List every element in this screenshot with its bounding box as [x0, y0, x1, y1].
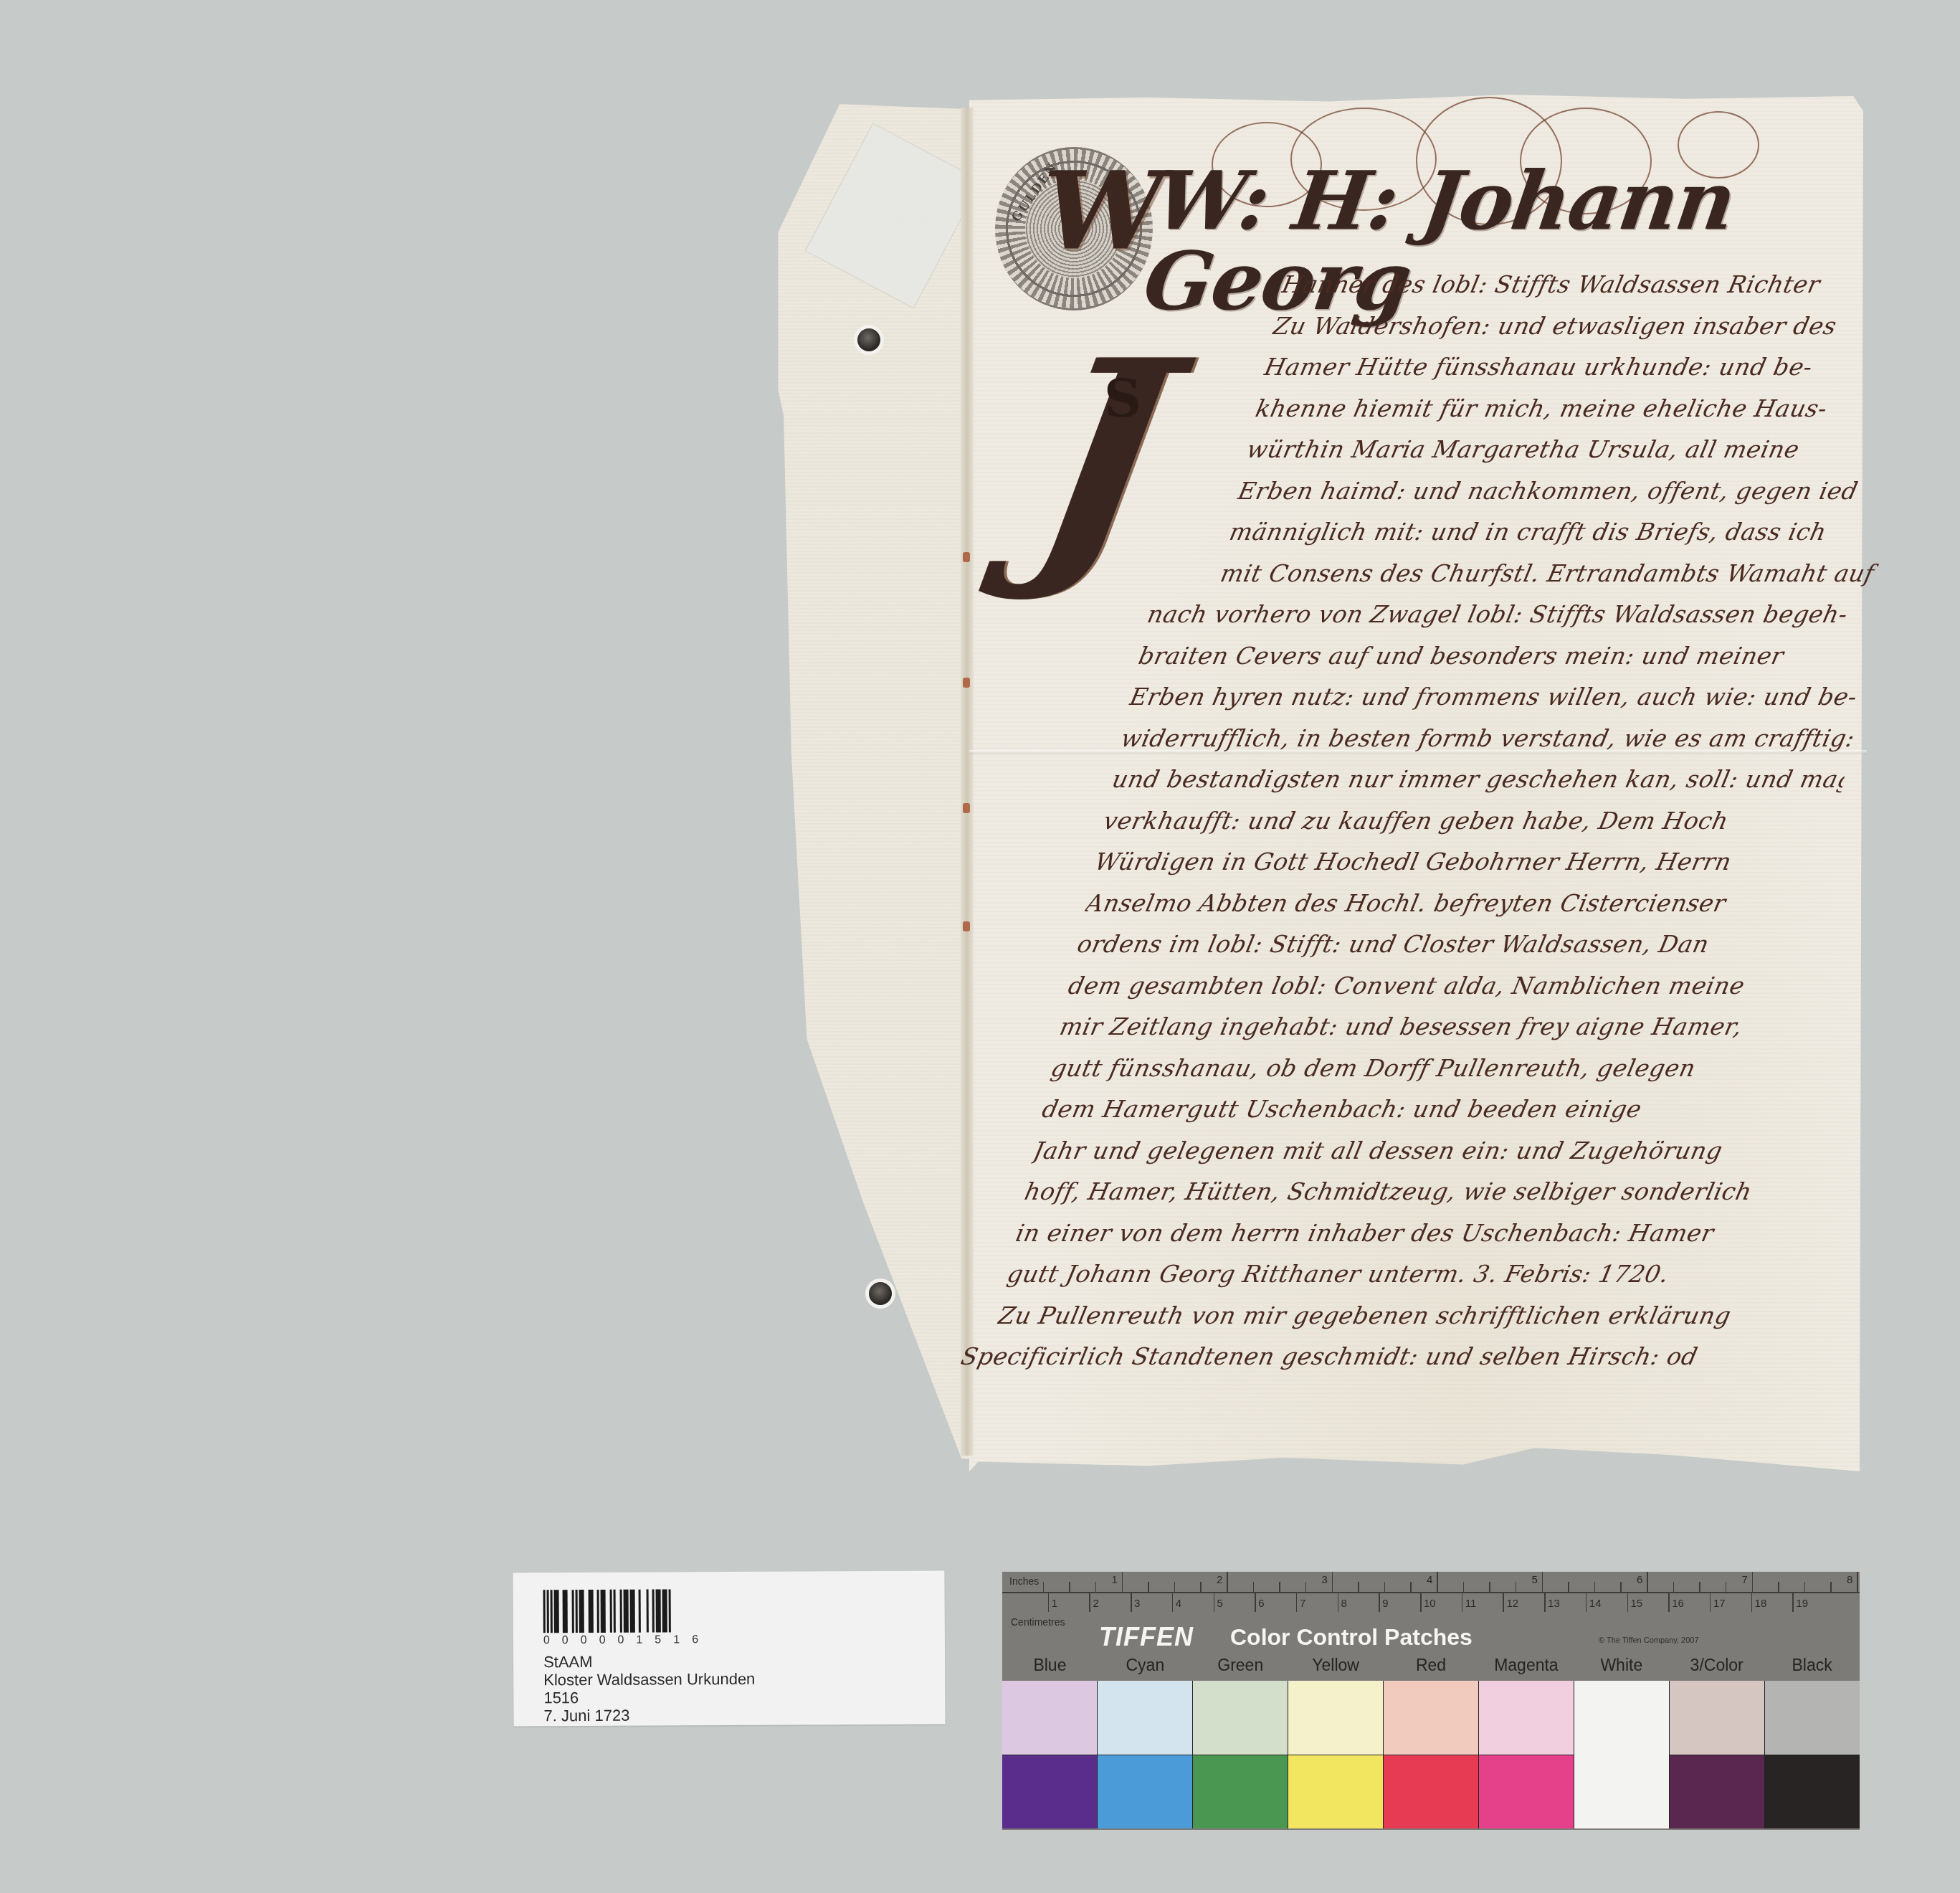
inch-number: 1 — [1112, 1574, 1118, 1586]
text-line: dem gesambten lobl: Convent alda, Nambli… — [1065, 965, 1804, 1007]
binding-fold — [961, 108, 974, 1456]
cm-number: 1 — [1052, 1598, 1057, 1610]
patch-column — [1574, 1681, 1669, 1828]
text-line: Erben haimd: und nachkommen, offent, geg… — [1234, 470, 1910, 512]
color-swatch — [1193, 1681, 1288, 1755]
inch-tick — [1647, 1572, 1648, 1592]
inch-number: 3 — [1322, 1574, 1328, 1586]
text-line: braiten Cevers auf und besonders mein: u… — [1135, 635, 1875, 677]
patch-label: Yellow — [1288, 1656, 1384, 1675]
cm-number: 9 — [1382, 1598, 1388, 1610]
tiffen-logo: TIFFEN — [1099, 1622, 1194, 1652]
label-institution: StAAM — [543, 1652, 755, 1671]
text-line: männiglich mit: und in crafft dis Briefs… — [1225, 511, 1900, 553]
text-line: Anselmo Abbten des Hochl. befreyten Cist… — [1082, 883, 1822, 924]
cm-tick — [1710, 1592, 1711, 1612]
color-swatch — [1098, 1681, 1192, 1755]
cm-tick — [1214, 1592, 1215, 1612]
color-control-card: Inches Centimetres TIFFEN Color Control … — [1002, 1572, 1860, 1830]
cm-tick — [1544, 1592, 1546, 1612]
inch-subtick — [1620, 1582, 1622, 1592]
inch-subtick — [1384, 1582, 1386, 1592]
color-swatch — [1479, 1681, 1574, 1755]
patch-label: Green — [1193, 1656, 1288, 1675]
color-swatch — [1574, 1681, 1669, 1828]
label-date: 7. Juni 1723 — [543, 1706, 755, 1725]
cm-number: 17 — [1713, 1598, 1726, 1610]
inch-tick — [1122, 1572, 1123, 1592]
cm-number: 4 — [1176, 1598, 1181, 1610]
cm-tick — [1255, 1592, 1256, 1612]
patch-label: Cyan — [1098, 1656, 1193, 1675]
cm-tick — [1627, 1592, 1629, 1612]
inch-tick — [1752, 1572, 1754, 1592]
cm-number: 18 — [1755, 1598, 1767, 1610]
text-line: gutt fünsshanau, ob dem Dorff Pullenreut… — [1047, 1048, 1787, 1089]
cm-tick — [1089, 1592, 1090, 1612]
cm-tick — [1172, 1592, 1174, 1612]
label-number: 1516 — [543, 1688, 755, 1707]
cm-number: 2 — [1093, 1598, 1098, 1610]
color-swatch — [1002, 1755, 1097, 1829]
text-line: mir Zeitlang ingehabt: und besessen frey… — [1056, 1006, 1796, 1048]
punch-hole-bottom — [869, 1282, 892, 1305]
patch-label: Blue — [1002, 1656, 1098, 1675]
inch-subtick — [1804, 1582, 1806, 1592]
color-swatch — [1765, 1755, 1860, 1829]
color-swatch — [1765, 1681, 1860, 1755]
text-line: nach vorhero von Zwagel lobl: Stiffts Wa… — [1143, 594, 1883, 635]
inch-number: 6 — [1637, 1574, 1642, 1586]
card-copyright: © The Tiffen Company, 2007 — [1599, 1636, 1699, 1645]
text-line: hoff, Hamer, Hütten, Schmidtzeug, wie se… — [1021, 1171, 1761, 1213]
cm-tick — [1586, 1592, 1587, 1612]
binding-stitch — [963, 803, 970, 813]
patch-column — [1383, 1681, 1478, 1828]
cm-tick — [1792, 1592, 1794, 1612]
inch-number: 7 — [1742, 1574, 1748, 1586]
inch-subtick — [1069, 1582, 1070, 1592]
document-back-flap — [778, 104, 971, 1459]
inch-number: 4 — [1427, 1574, 1432, 1586]
inch-number: 2 — [1217, 1574, 1222, 1586]
binding-stitch — [963, 921, 970, 931]
text-line: in einer von dem herrn inhaber des Usche… — [1012, 1213, 1752, 1254]
patch-label: 3/Color — [1669, 1656, 1764, 1675]
cm-number: 10 — [1424, 1598, 1436, 1610]
color-swatch — [1670, 1681, 1764, 1755]
cm-number: 3 — [1134, 1598, 1140, 1610]
text-line: ordens im lobl: Stifft: und Closter Wald… — [1073, 924, 1813, 965]
cm-tick — [1131, 1592, 1132, 1612]
text-line: dem Hamergutt Uschenbach: und beeden ein… — [1038, 1088, 1778, 1130]
text-line: Specificirlich Standtenen geschmidt: und… — [957, 1336, 1726, 1377]
ruler-inches-label: Inches — [1009, 1575, 1039, 1587]
barcode-icon — [543, 1589, 671, 1633]
color-swatch — [1288, 1681, 1383, 1755]
inch-number: 8 — [1847, 1574, 1852, 1586]
cm-number: 15 — [1631, 1598, 1643, 1610]
patch-column — [1002, 1681, 1097, 1828]
inch-subtick — [1200, 1582, 1202, 1592]
inch-number: 5 — [1532, 1574, 1538, 1586]
text-line: verkhaufft: und zu kauffen geben habe, D… — [1100, 800, 1840, 842]
inch-subtick — [1699, 1582, 1700, 1592]
label-collection: Kloster Waldsassen Urkunden — [543, 1670, 755, 1689]
initial-letter-s: S — [1104, 373, 1141, 424]
color-swatch — [1479, 1755, 1574, 1829]
color-swatch — [1384, 1681, 1478, 1755]
binding-stitch — [963, 678, 970, 688]
patch-column — [1192, 1681, 1288, 1828]
cm-tick — [1296, 1592, 1298, 1612]
cm-tick — [1420, 1592, 1422, 1612]
cm-tick — [1503, 1592, 1504, 1612]
patch-label: Magenta — [1478, 1656, 1574, 1675]
cm-tick — [1668, 1592, 1670, 1612]
text-line: Würdigen in Gott Hochedl Gebohrner Herrn… — [1091, 841, 1831, 883]
text-line: und bestandigsten nur immer geschehen ka… — [1108, 759, 1848, 800]
cm-number: 6 — [1258, 1598, 1264, 1610]
inch-tick — [1332, 1572, 1333, 1592]
inch-tick — [1857, 1572, 1858, 1592]
cm-number: 16 — [1672, 1598, 1684, 1610]
text-line: Hanner des lobl: Stiffts Waldsassen Rich… — [1278, 264, 1954, 305]
color-patches — [1002, 1681, 1860, 1828]
cm-number: 7 — [1300, 1598, 1305, 1610]
cm-tick — [1751, 1592, 1753, 1612]
cm-tick — [1048, 1592, 1050, 1612]
archive-label: 000001516 StAAM Kloster Waldsassen Urkun… — [513, 1570, 945, 1726]
text-line: mit Consens des Churfstl. Ertrandambts W… — [1217, 553, 1892, 594]
inch-subtick — [1489, 1582, 1490, 1592]
punch-hole-top — [857, 328, 880, 351]
inch-subtick — [1568, 1582, 1569, 1592]
patch-column — [1478, 1681, 1574, 1828]
color-swatch — [1193, 1755, 1288, 1829]
cm-number: 19 — [1796, 1598, 1808, 1610]
cm-number: 11 — [1465, 1598, 1477, 1610]
inch-subtick — [1148, 1582, 1149, 1592]
color-swatch — [1288, 1755, 1383, 1829]
inch-subtick — [1279, 1582, 1280, 1592]
barcode-number: 000001516 — [543, 1633, 710, 1647]
color-swatch — [1002, 1681, 1097, 1755]
initial-letter-w: W — [1043, 158, 1164, 265]
text-line: widerrufflich, in besten formb verstand,… — [1117, 718, 1857, 759]
inch-subtick — [1778, 1582, 1779, 1592]
cm-tick — [1379, 1592, 1380, 1612]
text-line: Hamer Hütte fünsshanau urkhunde: und be- — [1260, 346, 1936, 388]
text-line: Zu Pullenreuth von mir gegebenen schriff… — [994, 1295, 1734, 1337]
inch-subtick — [1174, 1582, 1176, 1592]
inch-subtick — [1358, 1582, 1359, 1592]
inch-subtick — [1095, 1582, 1097, 1592]
inch-subtick — [1463, 1582, 1465, 1592]
inch-subtick — [1830, 1582, 1832, 1592]
inch-subtick — [1253, 1582, 1255, 1592]
inch-subtick — [1726, 1582, 1727, 1592]
binding-stitch — [963, 552, 970, 562]
text-line: gutt Johann Georg Ritthaner unterm. 3. F… — [1003, 1253, 1743, 1295]
patch-labels: Blue Cyan Green Yellow Red Magenta White… — [1002, 1656, 1860, 1675]
inch-subtick — [1410, 1582, 1412, 1592]
inch-subtick — [1516, 1582, 1517, 1592]
cm-number: 13 — [1548, 1598, 1560, 1610]
ruler-cm-label: Centimetres — [1011, 1616, 1065, 1628]
cm-tick — [1338, 1592, 1339, 1612]
inch-subtick — [1673, 1582, 1675, 1592]
text-line: Erben hyren nutz: und frommens willen, a… — [1126, 676, 1866, 718]
patch-column — [1764, 1681, 1860, 1828]
cm-tick — [1462, 1592, 1463, 1612]
patch-column — [1288, 1681, 1383, 1828]
text-line: khenne hiemit für mich, meine eheliche H… — [1252, 388, 1927, 430]
cm-number: 14 — [1589, 1598, 1602, 1610]
inch-subtick — [1305, 1582, 1307, 1592]
color-swatch — [1384, 1755, 1478, 1829]
inch-tick — [1227, 1572, 1228, 1592]
patch-column — [1097, 1681, 1192, 1828]
patch-label: White — [1574, 1656, 1669, 1675]
inch-subtick — [1043, 1582, 1045, 1592]
inch-tick — [1437, 1572, 1438, 1592]
patch-label: Red — [1384, 1656, 1479, 1675]
cm-number: 12 — [1506, 1598, 1518, 1610]
patch-column — [1669, 1681, 1764, 1828]
cm-number: 5 — [1217, 1598, 1223, 1610]
cm-number: 8 — [1341, 1598, 1347, 1610]
color-swatch — [1670, 1755, 1764, 1829]
patch-label: Black — [1764, 1656, 1860, 1675]
inch-subtick — [1594, 1582, 1596, 1592]
card-title: Color Control Patches — [1230, 1624, 1473, 1651]
color-swatch — [1098, 1755, 1192, 1829]
inch-tick — [1542, 1572, 1543, 1592]
text-line: würthin Maria Margaretha Ursula, all mei… — [1243, 429, 1918, 470]
text-line: Jahr und gelegenen mit all dessen ein: u… — [1029, 1130, 1769, 1172]
text-line: Zu Waldershofen: und etwasligen insaber … — [1270, 305, 1945, 347]
label-text: StAAM Kloster Waldsassen Urkunden 1516 7… — [543, 1652, 756, 1725]
